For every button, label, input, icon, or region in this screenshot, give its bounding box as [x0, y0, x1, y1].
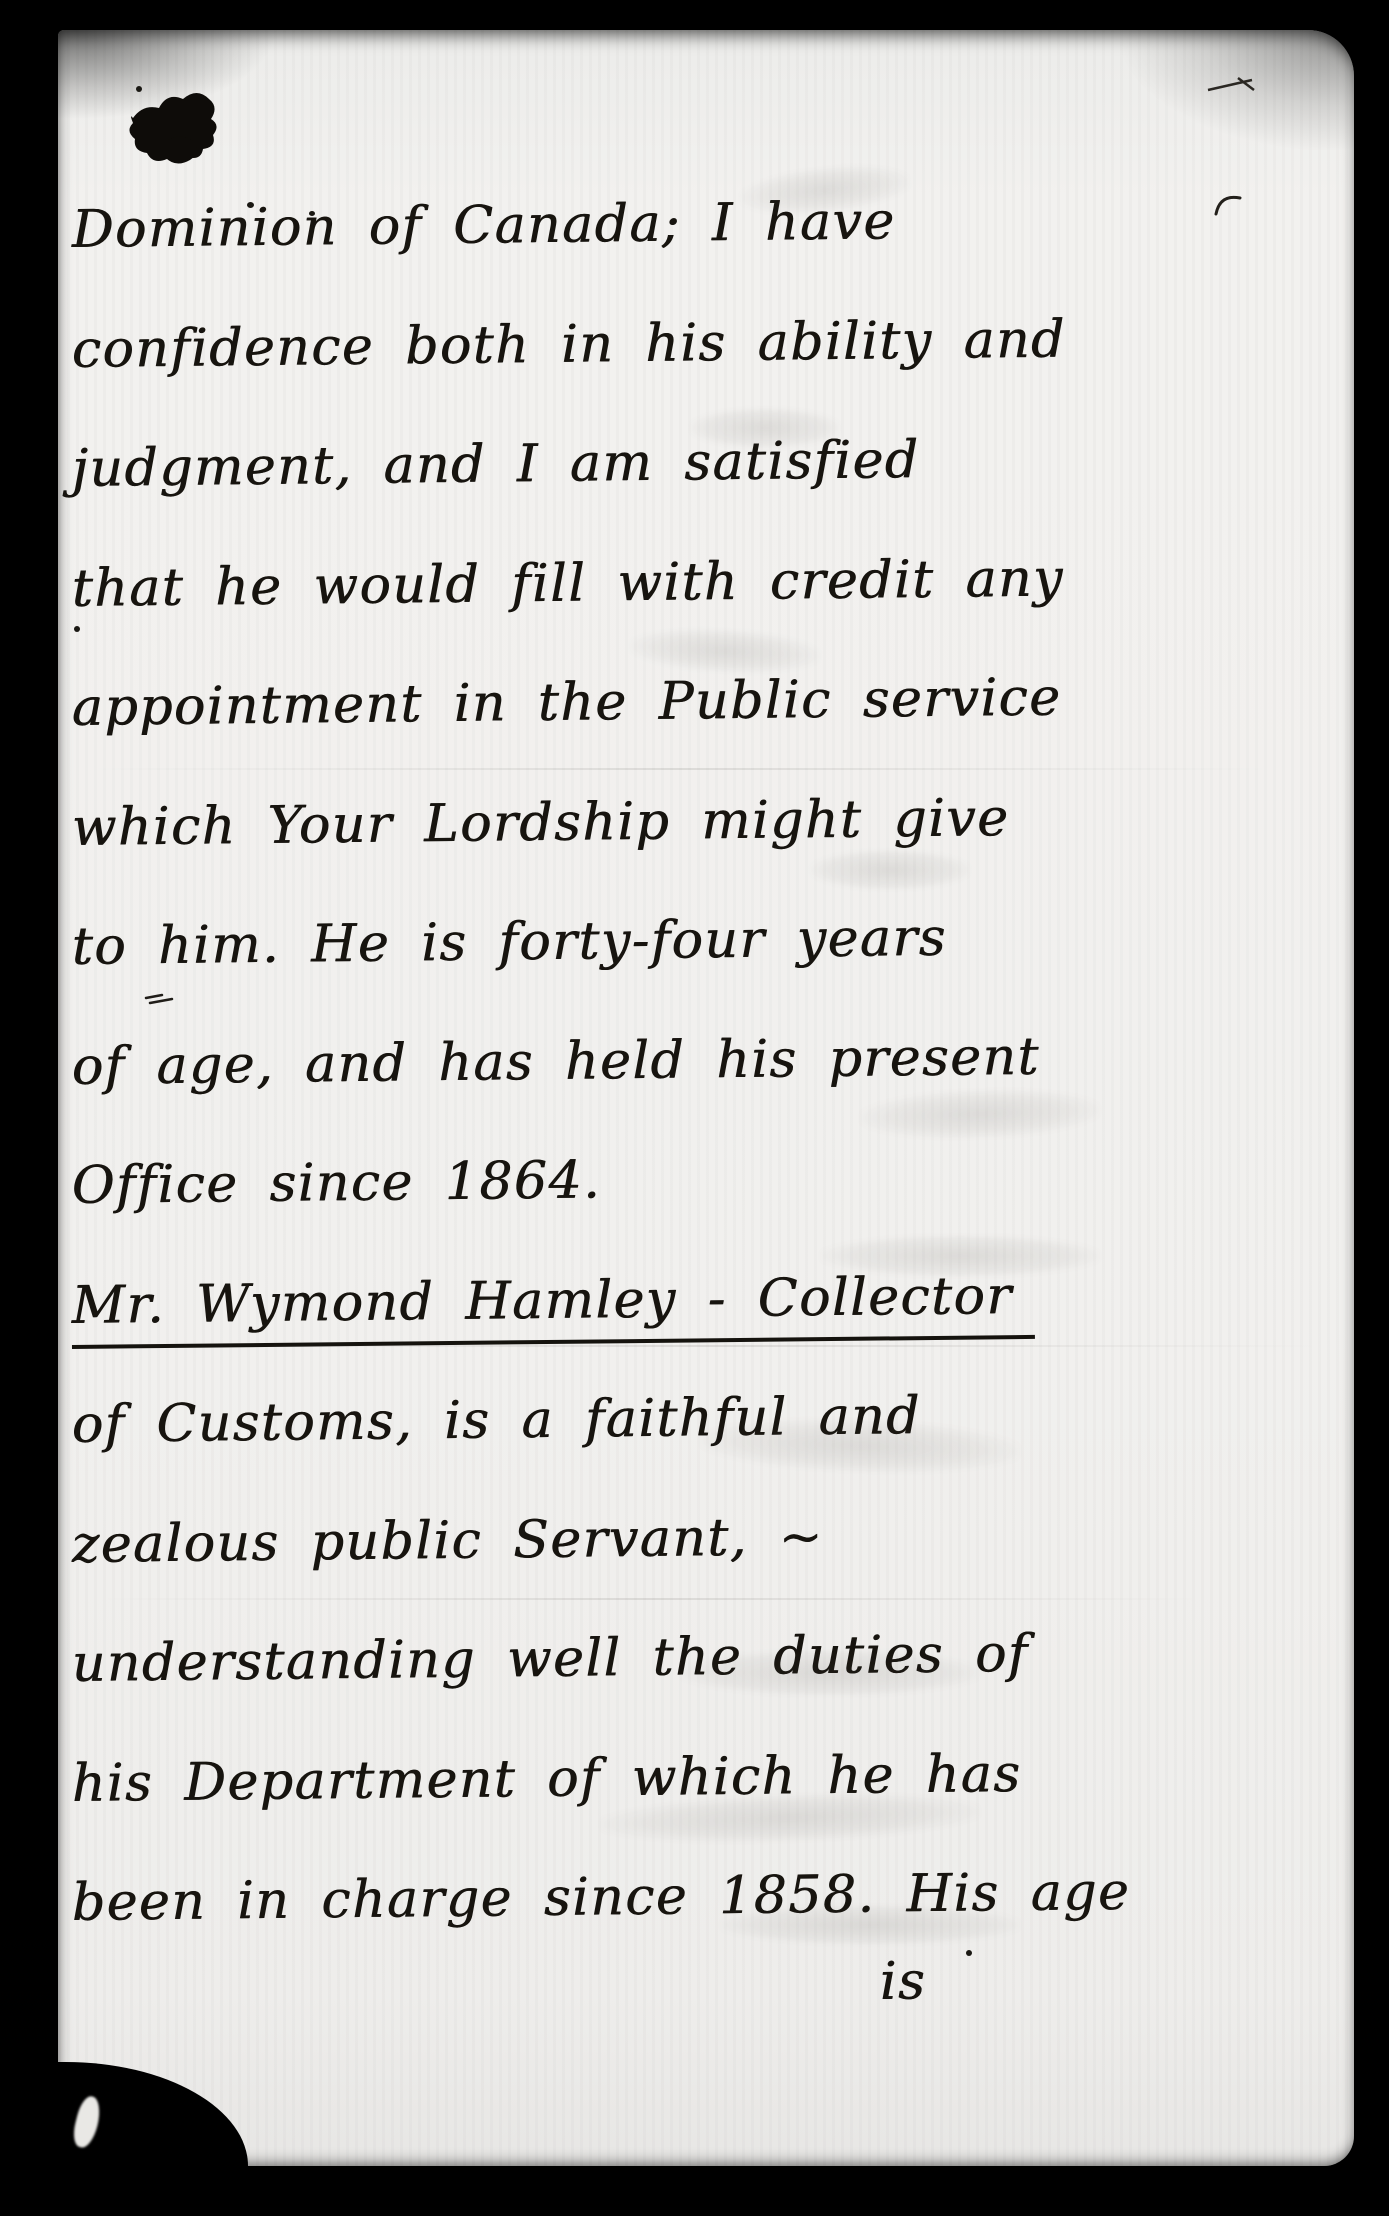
scanned-document-page: { "page": { "kind": "scanned handwritten… [0, 0, 1389, 2216]
stray-ink-marks [0, 0, 1389, 2216]
